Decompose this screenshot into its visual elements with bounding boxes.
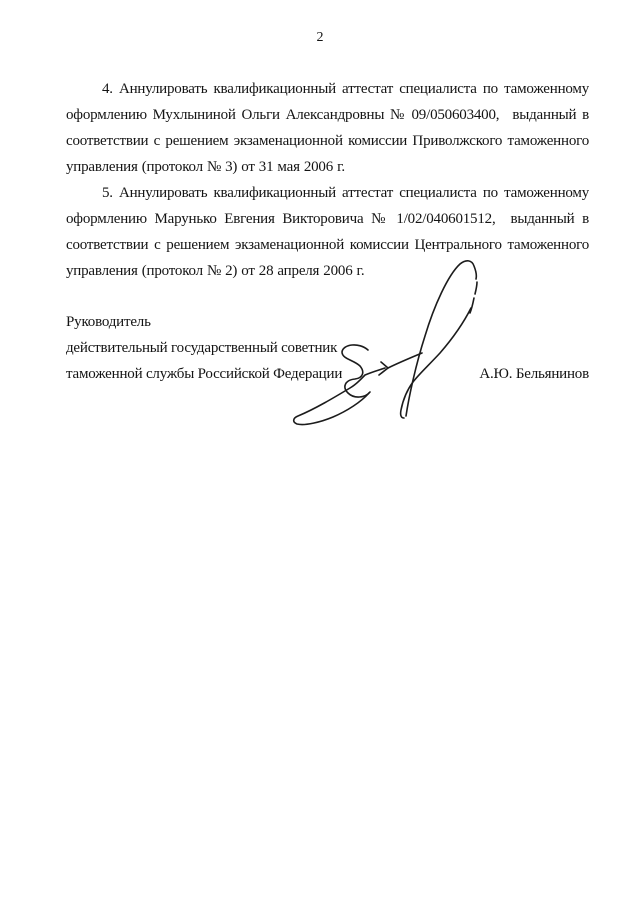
signature-block: Руководитель действительный государствен… <box>66 309 589 387</box>
body-line: оформлению Марунько Евгения Викторовича … <box>66 206 589 232</box>
body-line: управления (протокол № 2) от 28 апреля 2… <box>66 258 589 284</box>
body-line: соответствии с решением экзаменационной … <box>66 232 589 258</box>
page-number: 2 <box>0 30 640 46</box>
body-line: 5. Аннулировать квалификационный аттеста… <box>66 180 589 206</box>
body-line: 4. Аннулировать квалификационный аттеста… <box>66 76 589 102</box>
paragraph-4: 4. Аннулировать квалификационный аттеста… <box>66 76 589 180</box>
signatory-title-line: Руководитель <box>66 309 589 335</box>
body-line: соответствии с решением экзаменационной … <box>66 128 589 154</box>
signature-row: таможенной службы Российской Федерации А… <box>66 361 589 387</box>
document-page: 2 4. Аннулировать квалификационный аттес… <box>0 0 640 900</box>
paragraph-5: 5. Аннулировать квалификационный аттеста… <box>66 180 589 284</box>
body-line: оформлению Мухлыниной Ольги Александровн… <box>66 102 589 128</box>
document-body: 4. Аннулировать квалификационный аттеста… <box>66 76 589 284</box>
signatory-title-line: таможенной службы Российской Федерации <box>66 361 342 387</box>
signatory-name: А.Ю. Бельянинов <box>479 361 589 387</box>
signatory-title-line: действительный государственный советник <box>66 335 589 361</box>
body-line: управления (протокол № 3) от 31 мая 2006… <box>66 154 589 180</box>
